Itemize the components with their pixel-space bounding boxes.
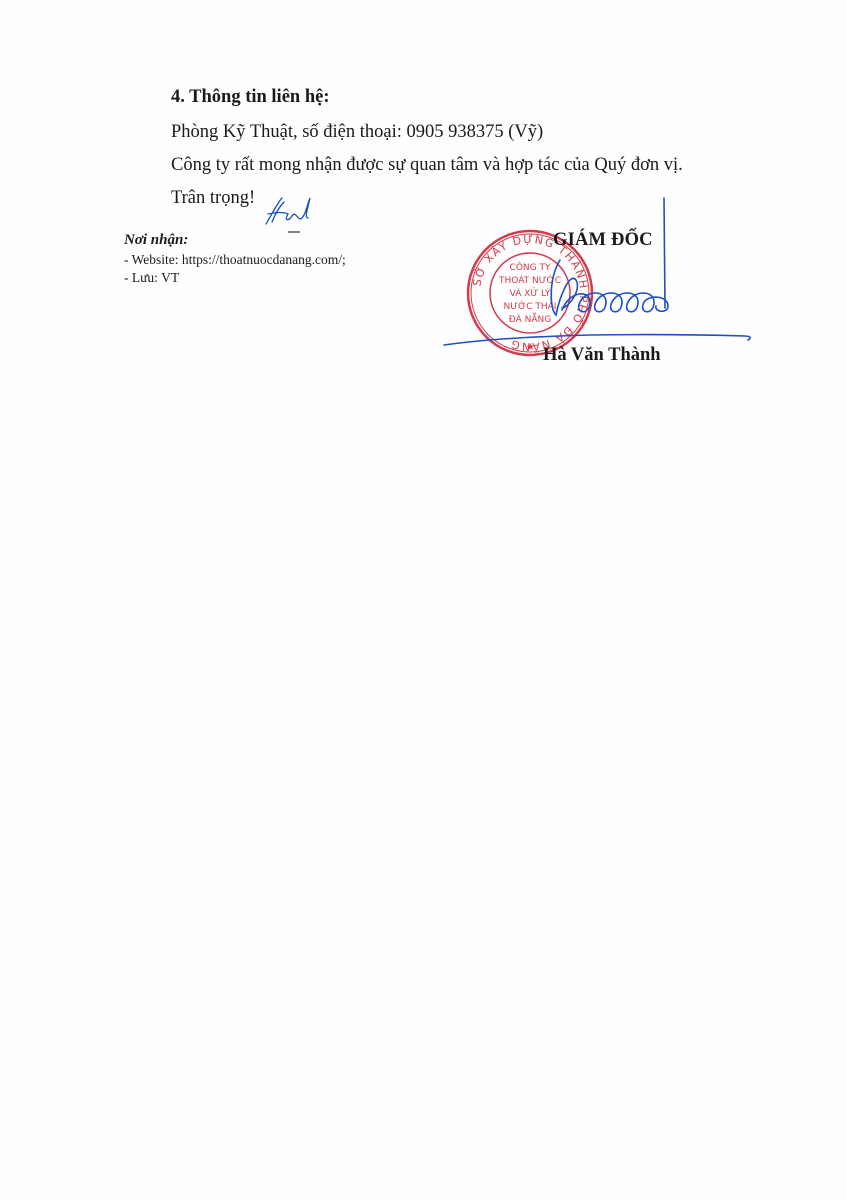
signatory-name: Hà Văn Thành (543, 345, 661, 366)
handwritten-initials-icon (258, 192, 314, 236)
recipients-title: Nơi nhận: (124, 232, 188, 249)
regards-line: Trân trọng! (171, 188, 255, 209)
document-page: 4. Thông tin liên hệ: Phòng Kỹ Thuật, số… (0, 0, 846, 1200)
handwritten-signature-icon (440, 190, 760, 360)
recipient-item: - Website: https://thoatnuocdanang.com/; (124, 252, 346, 268)
recipient-item: - Lưu: VT (124, 270, 179, 286)
closing-line: Công ty rất mong nhận được sự quan tâm v… (171, 155, 683, 176)
section-heading: 4. Thông tin liên hệ: (171, 87, 330, 108)
contact-line: Phòng Kỹ Thuật, số điện thoại: 0905 9383… (171, 122, 543, 143)
